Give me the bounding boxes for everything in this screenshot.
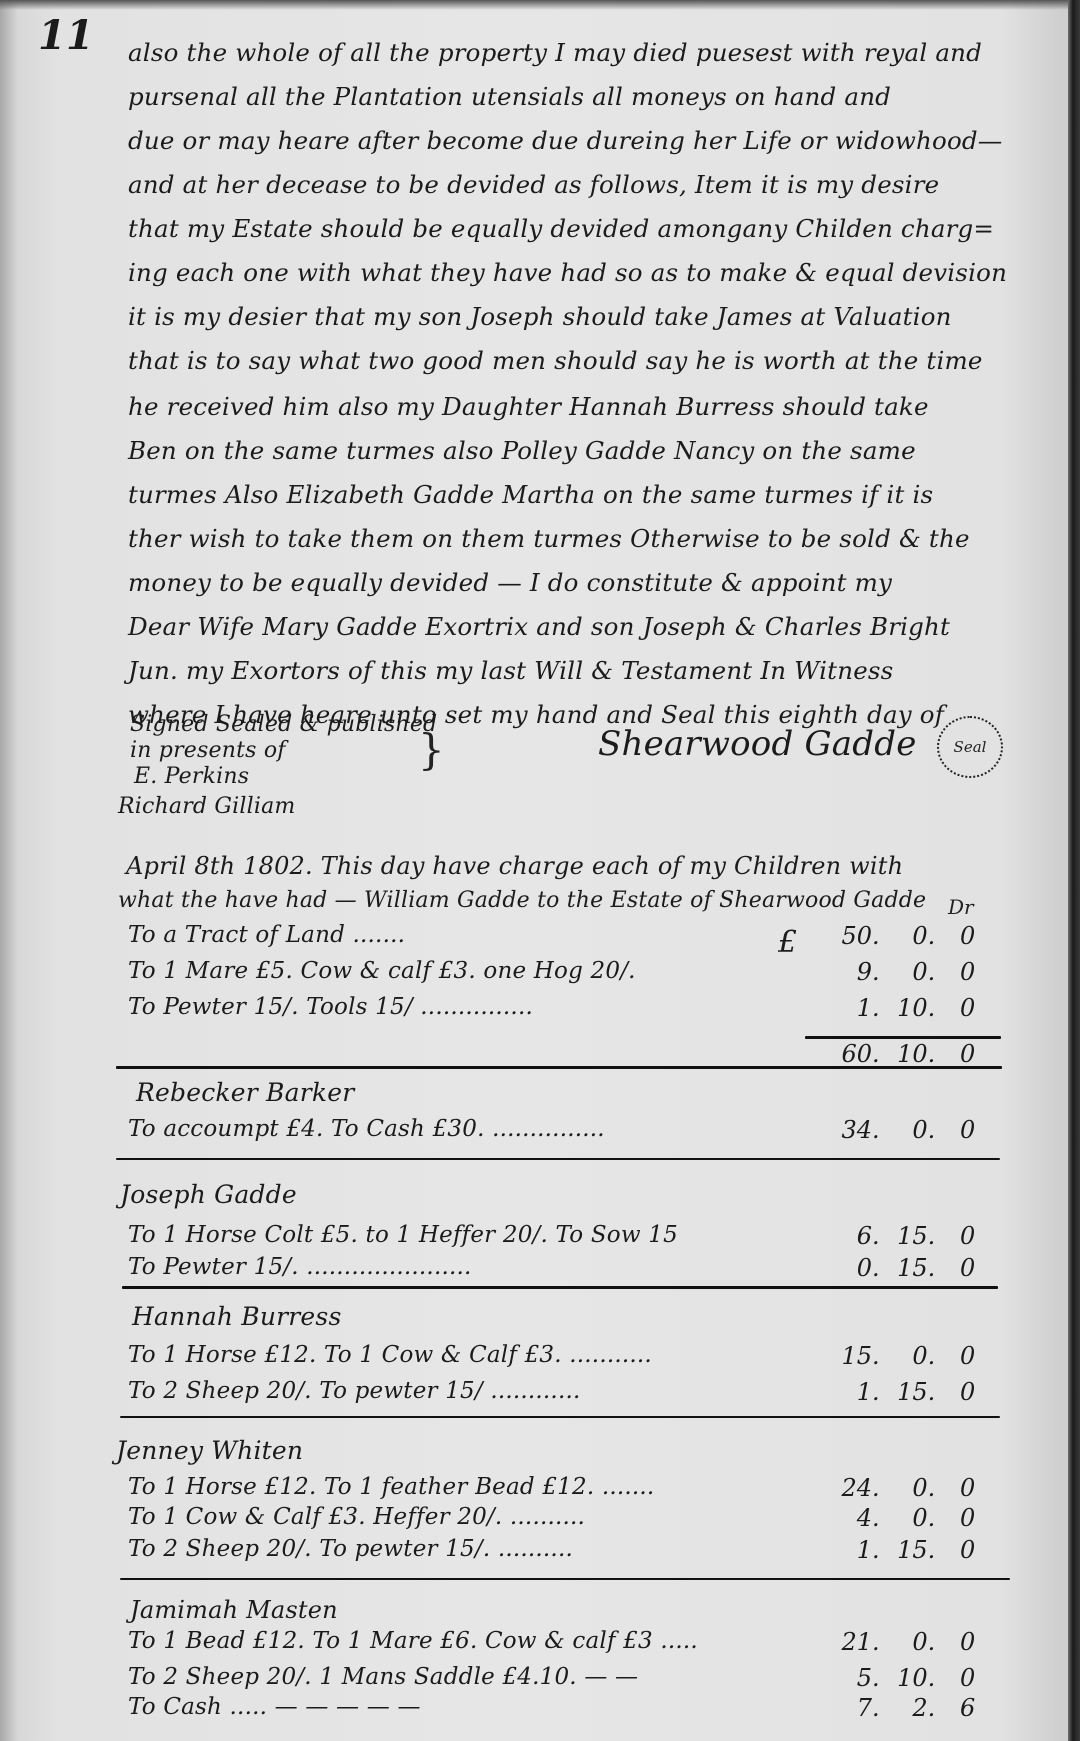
- ledger-entry: To 1 Horse £12. To 1 feather Bead £12. .…: [128, 1474, 654, 1500]
- book-binding-edge: [1068, 0, 1080, 1741]
- ledger-amount: 1.15.0: [820, 1536, 975, 1564]
- ledger-amount: 7.2.6: [820, 1694, 975, 1722]
- will-line: that is to say what two good men should …: [128, 346, 983, 375]
- ledger-entry: To Pewter 15/. Tools 15/ ...............: [128, 994, 533, 1020]
- ledger-amount: 4.0.0: [820, 1504, 975, 1532]
- ledger-intro-line-1: April 8th 1802. This day have charge eac…: [126, 852, 903, 880]
- seal-label: Seal: [954, 738, 987, 756]
- ledger-amount: 24.0.0: [820, 1474, 975, 1502]
- will-line: that my Estate should be equally devided…: [128, 214, 994, 243]
- ledger-entry: To a Tract of Land .......: [128, 922, 405, 948]
- account-name: Hannah Burress: [132, 1302, 342, 1331]
- will-line: turmes Also Elizabeth Gadde Martha on th…: [128, 480, 933, 509]
- ledger-amount: 34.0.0: [820, 1116, 975, 1144]
- witness-name: Richard Gilliam: [118, 794, 296, 819]
- ledger-entry: To 2 Sheep 20/. To pewter 15/ ..........…: [128, 1378, 580, 1404]
- attestation-line-1: Signed Sealed & published: [130, 712, 437, 737]
- ledger-amount: 1.10.0: [820, 994, 975, 1022]
- manuscript-page: 11 also the whole of all the property I …: [0, 0, 1068, 1741]
- will-line: also the whole of all the property I may…: [128, 38, 982, 67]
- will-line: Ben on the same turmes also Polley Gadde…: [128, 436, 916, 465]
- will-line: he received him also my Daughter Hannah …: [128, 392, 929, 421]
- ledger-amount: 50.0.0: [820, 922, 975, 950]
- will-line: money to be equally devided — I do const…: [128, 568, 892, 597]
- ledger-amount: 0.15.0: [820, 1254, 975, 1282]
- attestation-line-2: in presents of: [130, 738, 286, 763]
- will-line: ing each one with what they have had so …: [128, 258, 1007, 287]
- ledger-entry: To 1 Horse Colt £5. to 1 Heffer 20/. To …: [128, 1222, 678, 1248]
- section-divider: [122, 1286, 998, 1289]
- ledger-entry: To 2 Sheep 20/. To pewter 15/. .........…: [128, 1536, 573, 1562]
- ledger-amount: 9.0.0: [820, 958, 975, 986]
- account-name: Rebecker Barker: [136, 1078, 354, 1107]
- seal-icon: Seal: [937, 716, 1003, 778]
- account-name: Joseph Gadde: [120, 1180, 297, 1209]
- ledger-amount: 15.0.0: [820, 1342, 975, 1370]
- will-line: and at her decease to be devided as foll…: [128, 170, 939, 199]
- will-line: ther wish to take them on them turmes Ot…: [128, 524, 970, 553]
- total-rule: [805, 1036, 1001, 1039]
- ledger-amount: 1.15.0: [820, 1378, 975, 1406]
- ledger-amount: 5.10.0: [820, 1664, 975, 1692]
- ledger-entry: To 1 Cow & Calf £3. Heffer 20/. ........…: [128, 1504, 585, 1530]
- will-line: it is my desier that my son Joseph shoul…: [128, 302, 952, 331]
- will-line: Jun. my Exortors of this my last Will & …: [128, 656, 893, 685]
- ledger-entry: To accoumpt £4. To Cash £30. ...........…: [128, 1116, 605, 1142]
- section-divider: [116, 1066, 1002, 1069]
- ledger-entry: To Pewter 15/. ......................: [128, 1254, 472, 1280]
- section-divider: [120, 1578, 1010, 1580]
- ledger-amount: 21.0.0: [820, 1628, 975, 1656]
- ledger-entry: To 2 Sheep 20/. 1 Mans Saddle £4.10. — —: [128, 1664, 638, 1690]
- page-number: 11: [38, 12, 94, 59]
- witness-name: E. Perkins: [134, 764, 249, 789]
- pound-symbol: £: [778, 925, 797, 960]
- section-divider: [120, 1416, 1000, 1418]
- ledger-intro-line-2: what the have had — William Gadde to the…: [118, 888, 926, 913]
- ledger-amount: 6.15.0: [820, 1222, 975, 1250]
- ledger-entry: To Cash ..... — — — — —: [128, 1694, 421, 1720]
- ledger-entry: To 1 Bead £12. To 1 Mare £6. Cow & calf …: [128, 1628, 698, 1654]
- debit-label: Dr: [948, 895, 974, 919]
- brace-glyph: }: [418, 725, 445, 774]
- ledger-entry: To 1 Mare £5. Cow & calf £3. one Hog 20/…: [128, 958, 636, 984]
- account-name: Jenney Whiten: [116, 1436, 303, 1465]
- ledger-entry: To 1 Horse £12. To 1 Cow & Calf £3. ....…: [128, 1342, 652, 1368]
- will-line: pursenal all the Plantation utensials al…: [128, 82, 891, 111]
- will-line: due or may heare after become due durein…: [128, 126, 1003, 155]
- testator-signature: Shearwood Gadde: [598, 724, 917, 764]
- ledger-total: 60.10.0: [820, 1040, 975, 1068]
- account-name: Jamimah Masten: [130, 1596, 338, 1624]
- top-shadow: [0, 0, 1068, 10]
- section-divider: [116, 1158, 1000, 1160]
- will-line: Dear Wife Mary Gadde Exortrix and son Jo…: [128, 612, 950, 641]
